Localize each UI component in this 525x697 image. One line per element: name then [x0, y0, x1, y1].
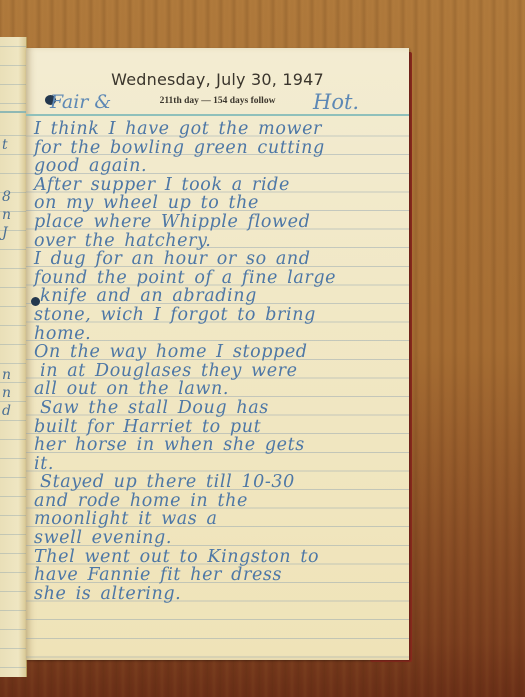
entry-line: stone, wich I forgot to bring: [34, 306, 403, 325]
entry-line: I dug for an hour or so and: [34, 250, 403, 269]
left-page-header-rule: [0, 111, 26, 113]
entry-line: I think I have got the mower: [34, 120, 403, 139]
entry-line: Stayed up there till 10-30: [34, 473, 403, 492]
weather-note-right: Hot.: [313, 90, 359, 114]
entry-line: Saw the stall Doug has: [34, 399, 403, 418]
entry-line: swell evening.: [34, 529, 403, 548]
left-page-text: t: [2, 137, 8, 153]
entry-line: knife and an abrading: [34, 287, 403, 306]
entry-line: place where Whipple flowed: [34, 213, 403, 232]
entry-line: Thel went out to Kingston to: [34, 548, 403, 567]
entry-line: have Fannie fit her dress: [34, 566, 403, 585]
entry-line: her horse in when she gets: [34, 436, 403, 455]
left-page-text: J: [2, 225, 8, 241]
left-page-text: n: [2, 207, 11, 223]
left-page-text: d: [2, 403, 11, 419]
left-page-fragment: t 8 n J n n d: [0, 37, 27, 677]
entry-line: it.: [34, 455, 403, 474]
date-heading: Wednesday, July 30, 1947: [26, 70, 409, 89]
header-rule: [26, 114, 409, 116]
entry-line: home.: [34, 325, 403, 344]
left-page-ruling: [0, 37, 26, 677]
diary-entry: I think I have got the mower for the bow…: [34, 120, 403, 603]
entry-line: On the way home I stopped: [34, 343, 403, 362]
entry-line: built for Harriet to put: [34, 418, 403, 437]
weather-note-left: Fair &: [50, 91, 111, 113]
entry-line: over the hatchery.: [34, 232, 403, 251]
entry-line: she is altering.: [34, 585, 403, 604]
left-page-text: n: [2, 367, 11, 383]
entry-line: all out on the lawn.: [34, 380, 403, 399]
entry-line: found the point of a fine large: [34, 269, 403, 288]
entry-line: After supper I took a ride: [34, 176, 403, 195]
entry-line: good again.: [34, 157, 403, 176]
entry-line: in at Douglases they were: [34, 362, 403, 381]
left-page-text: n: [2, 385, 11, 401]
left-page-text: 8: [2, 189, 11, 205]
entry-line: for the bowling green cutting: [34, 139, 403, 158]
entry-line: on my wheel up to the: [34, 194, 403, 213]
entry-line: moonlight it was a: [34, 510, 403, 529]
diary-page: Wednesday, July 30, 1947 211th day — 154…: [26, 48, 409, 660]
entry-line: and rode home in the: [34, 492, 403, 511]
